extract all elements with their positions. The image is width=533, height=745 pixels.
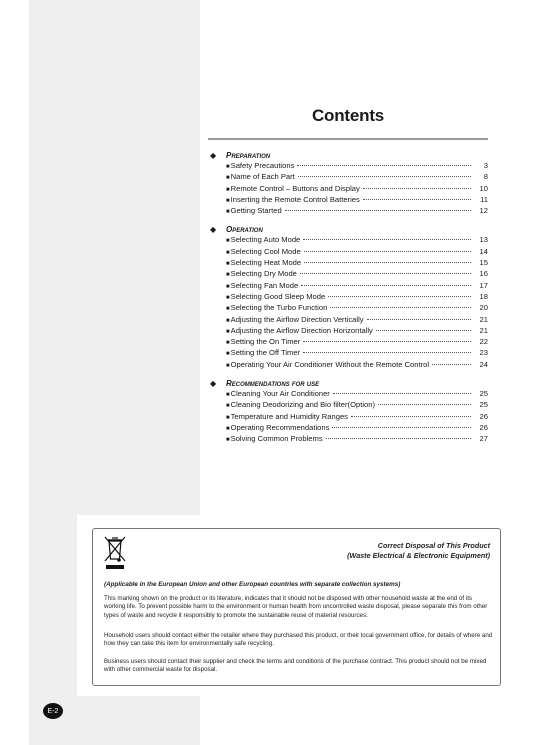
toc-entry[interactable]: ■Setting the On Timer22: [208, 337, 488, 348]
toc-entry-page: 22: [474, 337, 488, 346]
diamond-bullet-icon: ◆: [208, 151, 226, 160]
dot-leader: [367, 319, 471, 320]
toc-entry[interactable]: ■Operating Recommendations26: [208, 423, 488, 434]
toc-entry[interactable]: ■Selecting Auto Mode13: [208, 235, 488, 246]
toc-entry-page: 12: [474, 206, 488, 215]
toc-entry[interactable]: ■Selecting the Turbo Function20: [208, 303, 488, 314]
square-bullet-icon: ■: [226, 306, 230, 312]
notice-heading-line1: Correct Disposal of This Product: [347, 541, 490, 551]
square-bullet-icon: ■: [226, 403, 230, 409]
toc-entry-page: 14: [474, 247, 488, 256]
notice-paragraph: Household users should contact either th…: [104, 632, 494, 649]
toc-section: ◆Recommendations for use■Cleaning Your A…: [208, 377, 488, 445]
diamond-bullet-icon: ◆: [208, 225, 226, 234]
square-bullet-icon: ■: [226, 187, 230, 193]
toc-section-header: ◆Operation: [208, 223, 488, 235]
applicable-note: (Applicable in the European Union and ot…: [104, 581, 400, 588]
dot-leader: [304, 262, 471, 263]
toc-entry[interactable]: ■Adjusting the Airflow Direction Horizon…: [208, 326, 488, 337]
diamond-bullet-icon: ◆: [208, 379, 226, 388]
toc-entry-label: Selecting Heat Mode: [231, 258, 302, 267]
toc-entry-page: 21: [474, 326, 488, 335]
toc-entry-label: Adjusting the Airflow Direction Vertical…: [231, 315, 364, 324]
square-bullet-icon: ■: [226, 250, 230, 256]
dot-leader: [376, 330, 471, 331]
toc-entry-label: Selecting the Turbo Function: [231, 303, 328, 312]
toc-entry[interactable]: ■Selecting Good Sleep Mode18: [208, 292, 488, 303]
square-bullet-icon: ■: [226, 340, 230, 346]
toc-entry-page: 25: [474, 389, 488, 398]
toc-entry-page: 11: [474, 195, 488, 204]
toc-entry-label: Operating Recommendations: [231, 423, 330, 432]
toc-entry-page: 26: [474, 412, 488, 421]
dot-leader: [301, 285, 471, 286]
toc-section-title: Preparation: [226, 151, 270, 160]
dot-leader: [328, 296, 471, 297]
toc-entry-label: Name of Each Part: [231, 172, 295, 181]
toc-entry-label: Selecting Dry Mode: [231, 269, 297, 278]
dot-leader: [303, 341, 471, 342]
toc-entry-label: Selecting Good Sleep Mode: [231, 292, 326, 301]
toc-entry-page: 8: [474, 172, 488, 181]
toc-entry[interactable]: ■Getting Started12: [208, 206, 488, 217]
square-bullet-icon: ■: [226, 426, 230, 432]
square-bullet-icon: ■: [226, 295, 230, 301]
toc-entry-page: 10: [474, 184, 488, 193]
toc-entry-label: Solving Common Problems: [231, 434, 323, 443]
toc-section-title: Recommendations for use: [226, 379, 319, 388]
gray-sidebar-panel: [29, 0, 200, 515]
toc-entry[interactable]: ■Selecting Cool Mode14: [208, 247, 488, 258]
toc-entry[interactable]: ■Name of Each Part8: [208, 172, 488, 183]
square-bullet-icon: ■: [226, 198, 230, 204]
toc-entry-label: Cleaning Deodorizing and Bio filter(Opti…: [231, 400, 375, 409]
toc-entry[interactable]: ■Cleaning Your Air Conditioner25: [208, 389, 488, 400]
toc-section-title: Operation: [226, 225, 263, 234]
toc-entry[interactable]: ■Operating Your Air Conditioner Without …: [208, 360, 488, 371]
toc-entry[interactable]: ■Selecting Fan Mode17: [208, 281, 488, 292]
toc-entry-page: 20: [474, 303, 488, 312]
toc-section-header: ◆Recommendations for use: [208, 377, 488, 389]
square-bullet-icon: ■: [226, 329, 230, 335]
square-bullet-icon: ■: [226, 261, 230, 267]
toc-entry[interactable]: ■Safety Precautions3: [208, 161, 488, 172]
dot-leader: [363, 188, 471, 189]
toc-entry-page: 16: [474, 269, 488, 278]
dot-leader: [285, 210, 471, 211]
square-bullet-icon: ■: [226, 209, 230, 215]
toc-entry-label: Selecting Cool Mode: [231, 247, 301, 256]
dot-leader: [378, 404, 471, 405]
toc-entry[interactable]: ■Adjusting the Airflow Direction Vertica…: [208, 315, 488, 326]
table-of-contents: ◆Preparation■Safety Precautions3■Name of…: [208, 149, 488, 452]
toc-entry[interactable]: ■Inserting the Remote Control Batteries1…: [208, 195, 488, 206]
crossed-out-wheelie-bin-icon: [103, 535, 127, 571]
toc-entry-label: Adjusting the Airflow Direction Horizont…: [231, 326, 373, 335]
toc-entry-page: 25: [474, 400, 488, 409]
toc-entry[interactable]: ■Selecting Dry Mode16: [208, 269, 488, 280]
square-bullet-icon: ■: [226, 415, 230, 421]
toc-entry[interactable]: ■Solving Common Problems27: [208, 434, 488, 445]
toc-entry-label: Setting the Off Timer: [231, 348, 301, 357]
toc-entry-label: Getting Started: [231, 206, 282, 215]
square-bullet-icon: ■: [226, 437, 230, 443]
toc-entry-label: Temperature and Humidity Ranges: [231, 412, 348, 421]
dot-leader: [330, 307, 471, 308]
toc-section-header: ◆Preparation: [208, 149, 488, 161]
toc-entry-label: Cleaning Your Air Conditioner: [231, 389, 330, 398]
toc-entry-page: 18: [474, 292, 488, 301]
toc-entry-label: Selecting Fan Mode: [231, 281, 299, 290]
toc-entry-page: 27: [474, 434, 488, 443]
square-bullet-icon: ■: [226, 272, 230, 278]
square-bullet-icon: ■: [226, 175, 230, 181]
dot-leader: [351, 416, 471, 417]
square-bullet-icon: ■: [226, 164, 230, 170]
toc-entry[interactable]: ■Cleaning Deodorizing and Bio filter(Opt…: [208, 400, 488, 411]
toc-entry[interactable]: ■Selecting Heat Mode15: [208, 258, 488, 269]
square-bullet-icon: ■: [226, 363, 230, 369]
square-bullet-icon: ■: [226, 284, 230, 290]
notice-paragraph: Business users should contact their supp…: [104, 658, 494, 675]
weee-disposal-notice: Correct Disposal of This Product (Waste …: [92, 528, 501, 686]
dot-leader: [363, 199, 471, 200]
toc-entry-page: 21: [474, 315, 488, 324]
dot-leader: [300, 273, 471, 274]
square-bullet-icon: ■: [226, 351, 230, 357]
toc-entry[interactable]: ■Setting the Off Timer23: [208, 348, 488, 359]
page-title: Contents: [208, 106, 488, 126]
dot-leader: [298, 176, 471, 177]
toc-entry-page: 17: [474, 281, 488, 290]
title-divider: [208, 138, 488, 140]
dot-leader: [326, 438, 471, 439]
toc-entry-label: Remote Control – Buttons and Display: [231, 184, 360, 193]
dot-leader: [297, 165, 471, 166]
toc-entry-page: 13: [474, 235, 488, 244]
square-bullet-icon: ■: [226, 238, 230, 244]
notice-heading-line2: (Waste Electrical & Electronic Equipment…: [347, 551, 490, 561]
toc-section: ◆Operation■Selecting Auto Mode13■Selecti…: [208, 223, 488, 371]
toc-entry-label: Inserting the Remote Control Batteries: [231, 195, 360, 204]
toc-entry-label: Operating Your Air Conditioner Without t…: [231, 360, 429, 369]
square-bullet-icon: ■: [226, 318, 230, 324]
dot-leader: [333, 393, 471, 394]
notice-paragraph: This marking shown on the product or its…: [104, 595, 494, 620]
toc-entry-label: Safety Precautions: [231, 161, 295, 170]
dot-leader: [432, 364, 471, 365]
toc-entry-page: 24: [474, 360, 488, 369]
toc-entry-label: Selecting Auto Mode: [231, 235, 301, 244]
toc-entry[interactable]: ■Remote Control – Buttons and Display10: [208, 184, 488, 195]
square-bullet-icon: ■: [226, 392, 230, 398]
dot-leader: [304, 251, 471, 252]
dot-leader: [303, 352, 471, 353]
notice-heading: Correct Disposal of This Product (Waste …: [347, 541, 490, 561]
toc-section: ◆Preparation■Safety Precautions3■Name of…: [208, 149, 488, 217]
dot-leader: [303, 239, 471, 240]
toc-entry-page: 15: [474, 258, 488, 267]
dot-leader: [332, 427, 471, 428]
toc-entry-page: 3: [474, 161, 488, 170]
toc-entry[interactable]: ■Temperature and Humidity Ranges26: [208, 412, 488, 423]
toc-entry-label: Setting the On Timer: [231, 337, 301, 346]
toc-entry-page: 26: [474, 423, 488, 432]
page-number-badge: E-2: [43, 703, 63, 719]
toc-entry-page: 23: [474, 348, 488, 357]
